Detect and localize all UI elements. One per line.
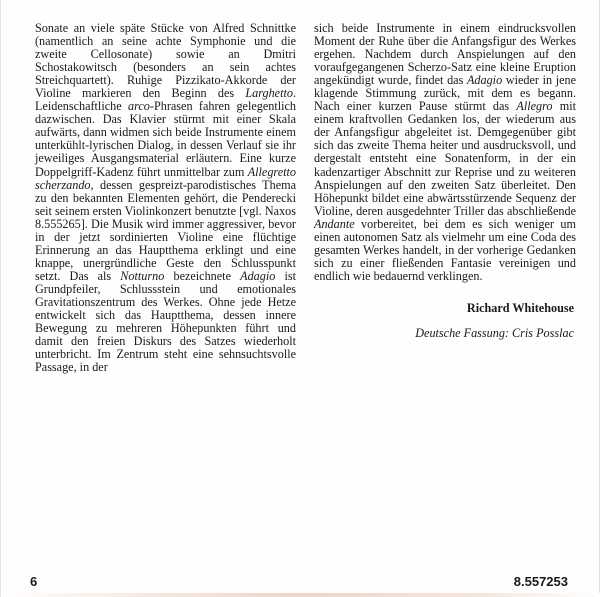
translator-credit: Deutsche Fassung: Cris Posslac [415,326,574,341]
catalog-number: 8.557253 [514,574,568,589]
movement-adagio: Adagio [467,73,502,87]
movement-allegro: Allegro [516,99,552,113]
movement-andante: Andante [314,217,355,231]
left-paragraph: Sonate an viele späte Stücke von Alfred … [35,22,296,374]
term-arco: arco [128,99,150,113]
term-notturno: Notturno [120,269,164,283]
right-text-column: sich beide Instrumente in einem eindruck… [314,22,576,283]
movement-larghetto: Larghetto [245,86,293,100]
movement-adagio: Adagio [240,269,275,283]
author-name: Richard Whitehouse [467,301,574,316]
booklet-page: Sonate an viele späte Stücke von Alfred … [0,0,600,597]
left-text-column: Sonate an viele späte Stücke von Alfred … [35,22,296,374]
page-bottom-edge [1,593,600,597]
right-paragraph: sich beide Instrumente in einem eindruck… [314,22,576,283]
page-number: 6 [30,574,37,589]
